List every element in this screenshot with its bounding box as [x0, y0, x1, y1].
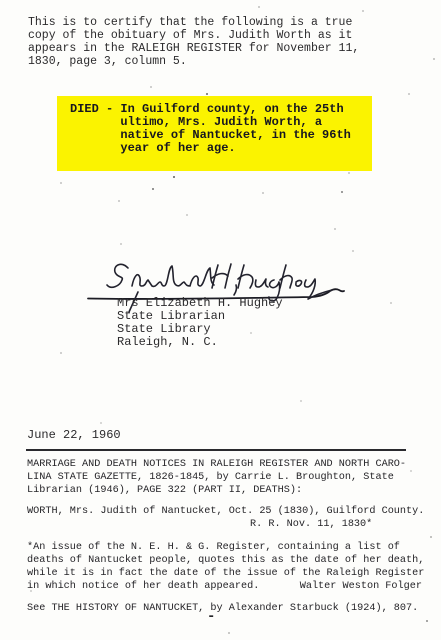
- record-entry-text: WORTH, Mrs. Judith of Nantucket, Oct. 25…: [27, 505, 424, 518]
- end-mark: -: [207, 609, 215, 625]
- footnote-line: in which notice of her death appeared.: [27, 580, 259, 593]
- footnote-line: deaths of Nantucket people, quotes this …: [27, 554, 422, 567]
- citation-line: MARRIAGE AND DEATH NOTICES IN RALEIGH RE…: [27, 458, 406, 471]
- document-page: This is to certify that the following is…: [0, 0, 441, 640]
- source-citation: MARRIAGE AND DEATH NOTICES IN RALEIGH RE…: [27, 458, 406, 497]
- citation-line: LINA STATE GAZETTE, 1826-1845, by Carrie…: [27, 471, 406, 484]
- footnote: *An issue of the N. E. H. & G. Register,…: [27, 541, 422, 593]
- footnote-attribution: Walter Weston Folger: [300, 580, 422, 593]
- footnote-line: while it is in fact the date of the issu…: [27, 567, 422, 580]
- divider-line: [26, 449, 406, 451]
- date-line: June 22, 1960: [27, 428, 121, 442]
- record-entry-reference: R. R. Nov. 11, 1830*: [250, 518, 424, 531]
- obituary-line: year of her age.: [120, 142, 350, 155]
- certification-line: 1830, page 3, column 5.: [28, 55, 359, 68]
- scan-noise-dark: [0, 0, 2, 2]
- certification-line: copy of the obituary of Mrs. Judith Wort…: [28, 29, 359, 42]
- obituary-highlight-block: DIED - In Guilford county, on the 25th u…: [57, 96, 372, 171]
- book-reference-line: See THE HISTORY OF NANTUCKET, by Alexand…: [27, 602, 418, 615]
- obituary-text: In Guilford county, on the 25th ultimo, …: [120, 103, 350, 155]
- certification-line: This is to certify that the following is…: [28, 16, 359, 29]
- certification-paragraph: This is to certify that the following is…: [28, 16, 359, 68]
- record-entry: WORTH, Mrs. Judith of Nantucket, Oct. 25…: [27, 505, 424, 531]
- obituary-died-label: DIED -: [70, 103, 120, 116]
- signature-block: Mrs Elizabeth H. Hughey State Librarian …: [117, 297, 283, 349]
- footnote-line: *An issue of the N. E. H. & G. Register,…: [27, 541, 422, 554]
- signatory-city: Raleigh, N. C.: [117, 336, 283, 349]
- citation-line: Librarian (1946), PAGE 322 (PART II, DEA…: [27, 484, 406, 497]
- certification-line: appears in the RALEIGH REGISTER for Nove…: [28, 42, 359, 55]
